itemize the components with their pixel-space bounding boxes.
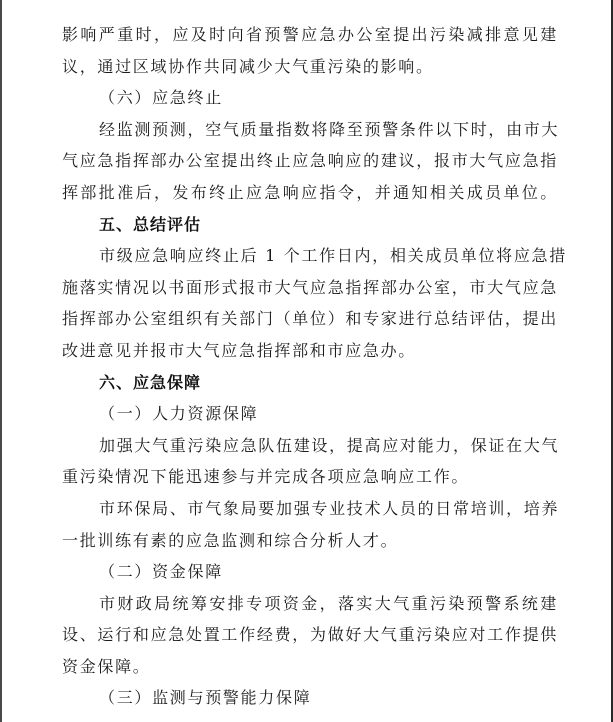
- paragraph-line: 加强大气重污染应急队伍建设，提高应对能力，保证在大气: [62, 430, 558, 462]
- subheading-funding: （二）资金保障: [62, 556, 558, 588]
- paragraph-line: 重污染情况下能迅速参与并完成各项应急响应工作。: [62, 461, 558, 493]
- paragraph-line: 挥部批准后，发布终止应急响应指令，并通知相关成员单位。: [62, 177, 558, 209]
- subheading-human-resources: （一）人力资源保障: [62, 398, 558, 430]
- paragraph-line: 经监测预测，空气质量指数将降至预警条件以下时，由市大: [62, 114, 558, 146]
- paragraph-line: 市级应急响应终止后 1 个工作日内，相关成员单位将应急措: [62, 240, 558, 272]
- body-line: 议，通过区域协作共同减少大气重污染的影响。: [62, 51, 558, 83]
- paragraph-line: 气应急指挥部办公室提出终止应急响应的建议，报市大气应急指: [62, 145, 558, 177]
- section-heading-emergency-support: 六、应急保障: [62, 367, 558, 399]
- subheading-monitoring-warning-capacity: （三）监测与预警能力保障: [62, 682, 558, 714]
- document-page: 影响严重时，应及时向省预警应急办公室提出污染减排意见建 议，通过区域协作共同减少…: [0, 0, 613, 722]
- paragraph-line: 指挥部办公室组织有关部门（单位）和专家进行总结评估，提出: [62, 303, 558, 335]
- section-heading-summary-evaluation: 五、总结评估: [62, 209, 558, 241]
- paragraph-line: 施落实情况以书面形式报市大气应急指挥部办公室，市大气应急: [62, 272, 558, 304]
- document-content: 影响严重时，应及时向省预警应急办公室提出污染减排意见建 议，通过区域协作共同减少…: [62, 19, 558, 714]
- body-line: 影响严重时，应及时向省预警应急办公室提出污染减排意见建: [62, 19, 558, 51]
- subheading-emergency-termination: （六）应急终止: [62, 82, 558, 114]
- paragraph-line: 设、运行和应急处置工作经费，为做好大气重污染应对工作提供: [62, 619, 558, 651]
- paragraph-line: 一批训练有素的应急监测和综合分析人才。: [62, 525, 558, 557]
- paragraph-line: 市财政局统筹安排专项资金，落实大气重污染预警系统建: [62, 588, 558, 620]
- paragraph-line: 改进意见并报市大气应急指挥部和市应急办。: [62, 335, 558, 367]
- paragraph-line: 资金保障。: [62, 651, 558, 683]
- paragraph-line: 市环保局、市气象局要加强专业技术人员的日常培训，培养: [62, 493, 558, 525]
